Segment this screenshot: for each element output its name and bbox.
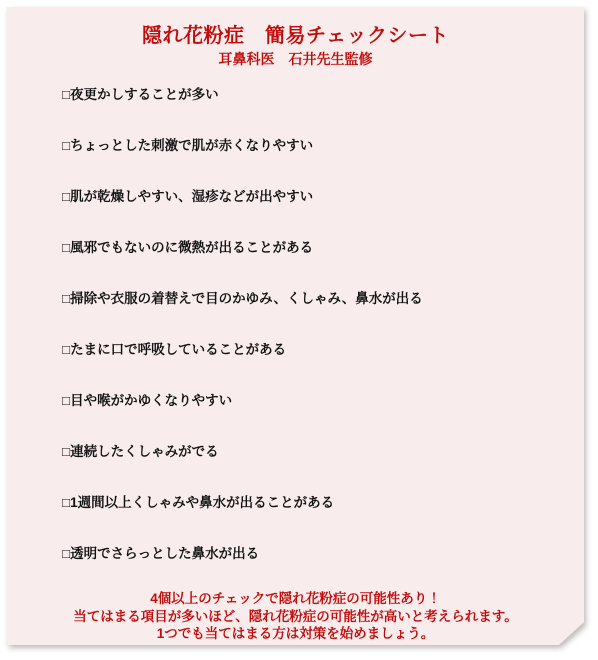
checklist-item: □ちょっとした刺激で肌が赤くなりやすい <box>62 139 566 153</box>
checklist: □夜更かしすることが多い □ちょっとした刺激で肌が赤くなりやすい □肌が乾燥しや… <box>62 88 566 598</box>
checklist-item: □肌が乾燥しやすい、湿疹などが出やすい <box>62 190 566 204</box>
checkbox-icon: □ <box>62 496 70 510</box>
page-title: 隠れ花粉症 簡易チェックシート <box>7 25 584 47</box>
checklist-item-label: 風邪でもないのに微熱が出ることがある <box>70 240 313 255</box>
checklist-item: □目や喉がかゆくなりやすい <box>62 394 566 408</box>
checkbox-icon: □ <box>62 343 70 357</box>
footer-note: 4個以上のチェックで隠れ花粉症の可能性あり！ 当てはまる項目が多いほど、隠れ花粉… <box>7 590 584 643</box>
checklist-item: □透明でさらっとした鼻水が出る <box>62 547 566 561</box>
checklist-item: □連続したくしゃみがでる <box>62 445 566 459</box>
checklist-item: □掃除や衣服の着替えで目のかゆみ、くしゃみ、鼻水が出る <box>62 292 566 306</box>
page-subtitle: 耳鼻科医 石井先生監修 <box>7 51 584 67</box>
checkbox-icon: □ <box>62 139 70 153</box>
checkbox-icon: □ <box>62 292 70 306</box>
page-curl-icon <box>559 622 584 645</box>
checklist-item-label: たまに口で呼吸していることがある <box>70 342 286 357</box>
checklist-item-label: 夜更かしすることが多い <box>70 87 219 102</box>
checklist-item: □夜更かしすることが多い <box>62 88 566 102</box>
checklist-item-label: 1週間以上くしゃみや鼻水が出ることがある <box>70 495 334 510</box>
checklist-item-label: 連続したくしゃみがでる <box>70 444 219 459</box>
checkbox-icon: □ <box>62 190 70 204</box>
footer-note-line: 当てはまる項目が多いほど、隠れ花粉症の可能性が高いと考えられます。 <box>7 608 584 626</box>
checkbox-icon: □ <box>62 547 70 561</box>
checklist-item: □1週間以上くしゃみや鼻水が出ることがある <box>62 496 566 510</box>
checklist-item-label: ちょっとした刺激で肌が赤くなりやすい <box>70 138 313 153</box>
sheet-paper: 隠れ花粉症 簡易チェックシート 耳鼻科医 石井先生監修 □夜更かしすることが多い… <box>7 7 584 645</box>
check-sheet: 隠れ花粉症 簡易チェックシート 耳鼻科医 石井先生監修 □夜更かしすることが多い… <box>7 7 584 645</box>
checklist-item: □風邪でもないのに微熱が出ることがある <box>62 241 566 255</box>
checklist-item-label: 掃除や衣服の着替えで目のかゆみ、くしゃみ、鼻水が出る <box>70 291 423 306</box>
checklist-item-label: 透明でさらっとした鼻水が出る <box>70 546 259 561</box>
checkbox-icon: □ <box>62 394 70 408</box>
checkbox-icon: □ <box>62 241 70 255</box>
checkbox-icon: □ <box>62 88 70 102</box>
checklist-item-label: 肌が乾燥しやすい、湿疹などが出やすい <box>70 189 313 204</box>
checkbox-icon: □ <box>62 445 70 459</box>
checklist-item: □たまに口で呼吸していることがある <box>62 343 566 357</box>
footer-note-line: 1つでも当てはまる方は対策を始めましょう。 <box>7 625 584 643</box>
footer-note-line: 4個以上のチェックで隠れ花粉症の可能性あり！ <box>7 590 584 608</box>
checklist-item-label: 目や喉がかゆくなりやすい <box>70 393 232 408</box>
